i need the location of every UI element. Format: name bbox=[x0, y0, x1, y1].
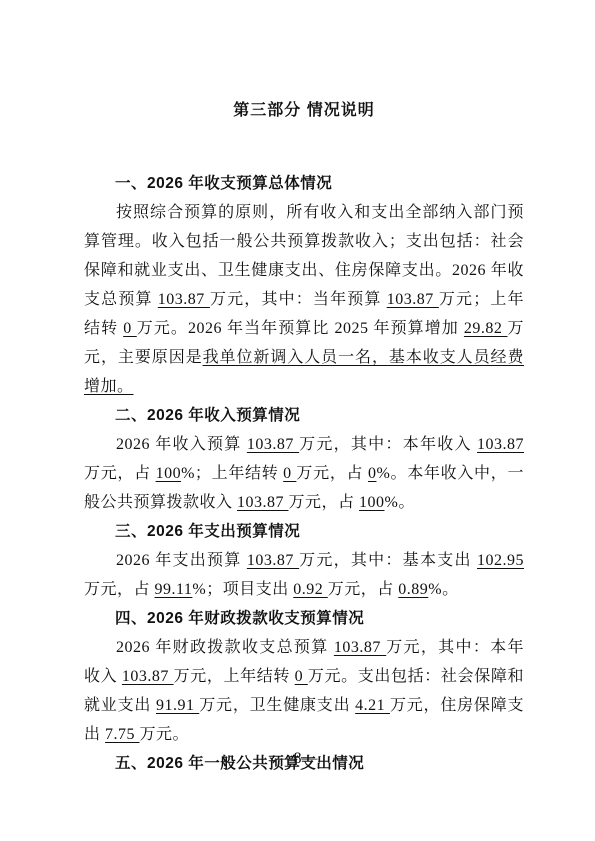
section-paragraph: 2026 年财政拨款收支总预算 103.87 万元，其中：本年收入 103.87… bbox=[84, 633, 524, 749]
underlined-value: 103.87 bbox=[122, 668, 174, 685]
text-run: 2026 年收入预算 bbox=[116, 436, 247, 453]
underlined-value: 102.95 bbox=[477, 552, 524, 569]
text-run: 万元，占 bbox=[84, 465, 156, 482]
section-paragraph: 按照综合预算的原则，所有收入和支出全部纳入部门预算管理。收入包括一般公共预算拨款… bbox=[84, 198, 524, 401]
text-run: %。 bbox=[385, 494, 415, 511]
underlined-value: 0 bbox=[283, 465, 296, 482]
text-run: 万元，占 bbox=[296, 465, 368, 482]
text-run: %。 bbox=[428, 581, 458, 598]
text-run: 2026 年支出预算 bbox=[116, 552, 247, 569]
underlined-value: 103.87 bbox=[158, 291, 210, 308]
underlined-value: 103.87 bbox=[247, 436, 299, 453]
underlined-value: 91.91 bbox=[156, 697, 199, 714]
underlined-value: 100 bbox=[359, 494, 385, 511]
section-heading-4: 四、2026 年财政拨款收支预算情况 bbox=[84, 604, 524, 633]
text-run: 万元，其中：当年预算 bbox=[210, 291, 387, 308]
underlined-value: 29.82 bbox=[464, 320, 508, 337]
document-body: 一、2026 年收支预算总体情况按照综合预算的原则，所有收入和支出全部纳入部门预… bbox=[84, 169, 524, 778]
text-run: 万元，占 bbox=[328, 581, 399, 598]
section-heading-2: 二、2026 年收入预算情况 bbox=[84, 401, 524, 430]
text-run: %；项目支出 bbox=[192, 581, 293, 598]
underlined-value: 0.92 bbox=[293, 581, 328, 598]
text-run: 万元，其中：本年收入 bbox=[299, 436, 477, 453]
underlined-value: 103.87 bbox=[387, 291, 439, 308]
underlined-value: 103.87 bbox=[247, 552, 299, 569]
text-run: 万元。 bbox=[140, 726, 190, 743]
underlined-value: 4.21 bbox=[355, 697, 390, 714]
underlined-value: 0.89 bbox=[398, 581, 428, 598]
section-paragraph: 2026 年支出预算 103.87 万元，其中：基本支出 102.95 万元，占… bbox=[84, 546, 524, 604]
page-number: —8— bbox=[0, 744, 595, 773]
document-title: 第三部分 情况说明 bbox=[84, 96, 524, 125]
section-heading-1: 一、2026 年收支预算总体情况 bbox=[84, 169, 524, 198]
text-run: 万元，占 bbox=[84, 581, 155, 598]
underlined-value: 0 bbox=[123, 320, 137, 337]
underlined-value: 103.87 bbox=[237, 494, 289, 511]
section-paragraph: 2026 年收入预算 103.87 万元，其中：本年收入 103.87 万元，占… bbox=[84, 430, 524, 517]
text-run: 万元，上年结转 bbox=[174, 668, 295, 685]
section-heading-3: 三、2026 年支出预算情况 bbox=[84, 517, 524, 546]
underlined-value: 99.11 bbox=[155, 581, 193, 598]
text-run: 万元。2026 年当年预算比 2025 年预算增加 bbox=[137, 320, 464, 337]
underlined-value: 103.87 bbox=[477, 436, 524, 453]
underlined-value: 100 bbox=[156, 465, 182, 482]
underlined-value: 0 bbox=[295, 668, 308, 685]
text-run: 2026 年财政拨款收支总预算 bbox=[116, 639, 334, 656]
text-run: 万元，卫生健康支出 bbox=[199, 697, 355, 714]
text-run: 万元，占 bbox=[289, 494, 360, 511]
underlined-value: 7.75 bbox=[105, 726, 140, 743]
text-run: 万元，其中：基本支出 bbox=[299, 552, 477, 569]
text-run: %；上年结转 bbox=[181, 465, 283, 482]
underlined-value: 103.87 bbox=[334, 639, 386, 656]
document-page: 第三部分 情况说明 一、2026 年收支预算总体情况按照综合预算的原则，所有收入… bbox=[0, 0, 595, 841]
